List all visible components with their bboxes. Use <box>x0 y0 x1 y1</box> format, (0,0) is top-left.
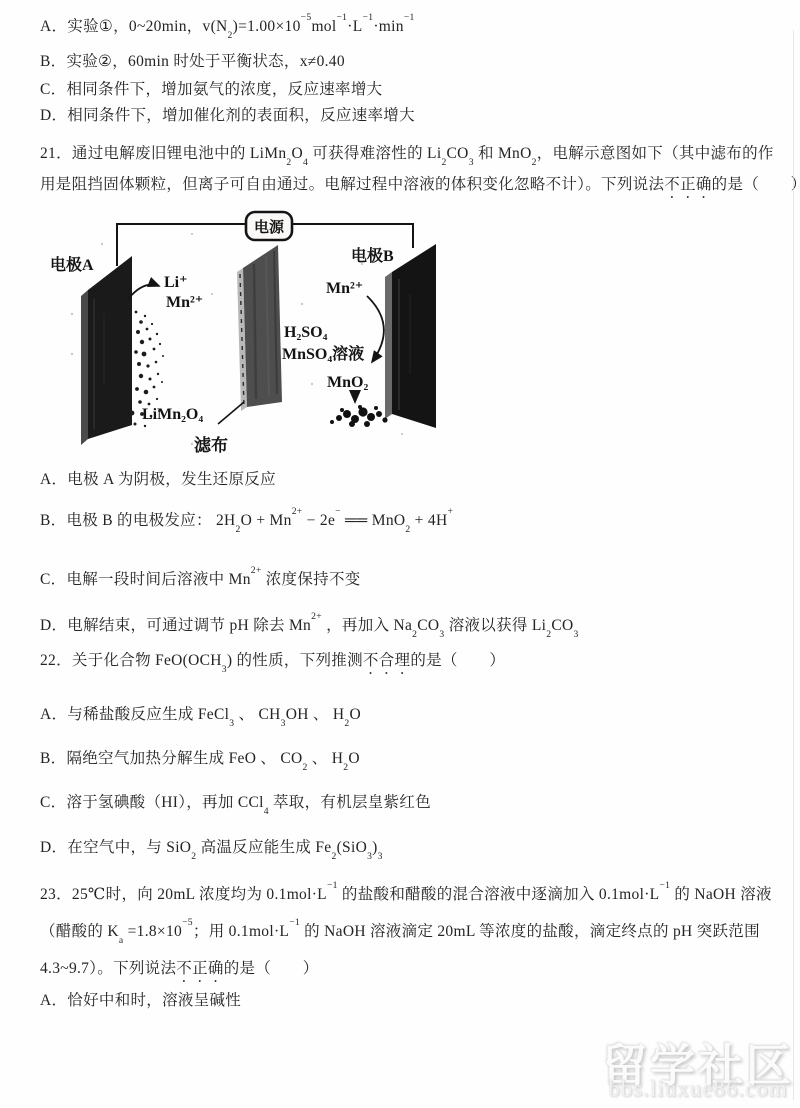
q20-option-a: A．实验①，0~20min，v(N2)=1.00×10−5mol−1·L−1·m… <box>40 16 780 37</box>
page-edge-line <box>793 30 794 1100</box>
electrode-b-label: 电极B <box>351 246 394 265</box>
q23-stem-line-1: 23．25℃时，向 20mL 浓度均为 0.1mol·L−1 的盐酸和醋酸的混合… <box>40 884 780 905</box>
electrolyte-mnso4-label: MnSO₄溶液 <box>282 344 364 363</box>
q22-stem: 22．关于化合物 FeO(OCH3) 的性质，下列推测不合理的是（ ） <box>40 650 780 678</box>
watermark-url: bbs.liuxue86.com <box>602 1077 794 1100</box>
li-ion-label: Li⁺ <box>164 274 188 291</box>
q21-stem-line-1: 21．通过电解废旧锂电池中的 LiMn2O4 可获得难溶性的 Li2CO3 和 … <box>40 143 780 164</box>
q23-stem-line-3: 4.3~9.7）。下列说法不正确的是（ ） <box>40 958 780 986</box>
q22-option-a: A．与稀盐酸反应生成 FeCl3 、 CH3OH 、 H2O <box>40 704 780 725</box>
filter-cloth-panel <box>237 245 282 411</box>
mn-ion-right-label: Mn²⁺ <box>326 280 363 297</box>
electrolyte-h2so4-label: H₂SO₄ <box>284 324 328 341</box>
q20-option-c: C．相同条件下，增加氨气的浓度，反应速率增大 <box>40 79 780 100</box>
electrolysis-diagram: 电源 <box>42 204 467 462</box>
electrode-b-panel <box>385 244 436 428</box>
electrode-a-label: 电极A <box>50 255 94 274</box>
mn-ion-left-label: Mn²⁺ <box>166 294 203 311</box>
q21-option-d: D．电解结束，可通过调节 pH 除去 Mn2+ ，再加入 Na2CO3 溶液以获… <box>40 615 780 636</box>
ion-release-arrow <box>128 285 159 299</box>
wire-right <box>292 224 413 248</box>
mn-to-mno2-arrow <box>367 296 384 362</box>
q22-option-d: D．在空气中，与 SiO2 高温反应能生成 Fe2(SiO3)3 <box>40 837 780 858</box>
mno2-label: MnO₂ <box>327 374 368 391</box>
filter-pointer-line <box>218 402 244 424</box>
q21-option-b: B．电极 B 的电极发应： 2H2O + Mn2+ − 2e− ══ MnO2 … <box>40 510 780 531</box>
q21-stem-line-2: 用是阻挡固体颗粒，但离子可自由通过。电解过程中溶液的体积变化忽略不计）。下列说法… <box>40 174 780 202</box>
wire-left <box>117 224 246 266</box>
mno2-sediment <box>330 405 388 427</box>
exam-page: A．实验①，0~20min，v(N2)=1.00×10−5mol−1·L−1·m… <box>0 0 800 1108</box>
electrode-a-panel <box>81 256 132 445</box>
watermark: 留学社区 bbs.liuxue86.com <box>602 1044 794 1100</box>
limn2o4-dot <box>130 411 135 416</box>
q23-stem-line-2: （醋酸的 Ka =1.8×10−5；用 0.1mol·L−1 的 NaOH 溶液… <box>40 921 780 942</box>
power-supply-label: 电源 <box>254 218 285 236</box>
q22-option-b: B．隔绝空气加热分解生成 FeO 、 CO2 、 H2O <box>40 748 780 769</box>
q20-option-b: B．实验②，60min 时处于平衡状态，x≠0.40 <box>40 51 780 72</box>
filter-cloth-label: 滤布 <box>194 435 228 455</box>
q21-option-c: C．电解一段时间后溶液中 Mn2+ 浓度保持不变 <box>40 569 780 590</box>
q22-option-c: C．溶于氢碘酸（HI），再加 CCl4 萃取，有机层皇紫红色 <box>40 792 780 813</box>
q23-option-a: A．恰好中和时，溶液呈碱性 <box>40 990 780 1011</box>
limn2o4-label: LiMn₂O₄ <box>142 406 203 423</box>
q21-option-a: A．电极 A 为阴极，发生还原反应 <box>40 469 780 490</box>
q20-option-d: D．相同条件下，增加催化剂的表面积，反应速率增大 <box>40 105 780 126</box>
